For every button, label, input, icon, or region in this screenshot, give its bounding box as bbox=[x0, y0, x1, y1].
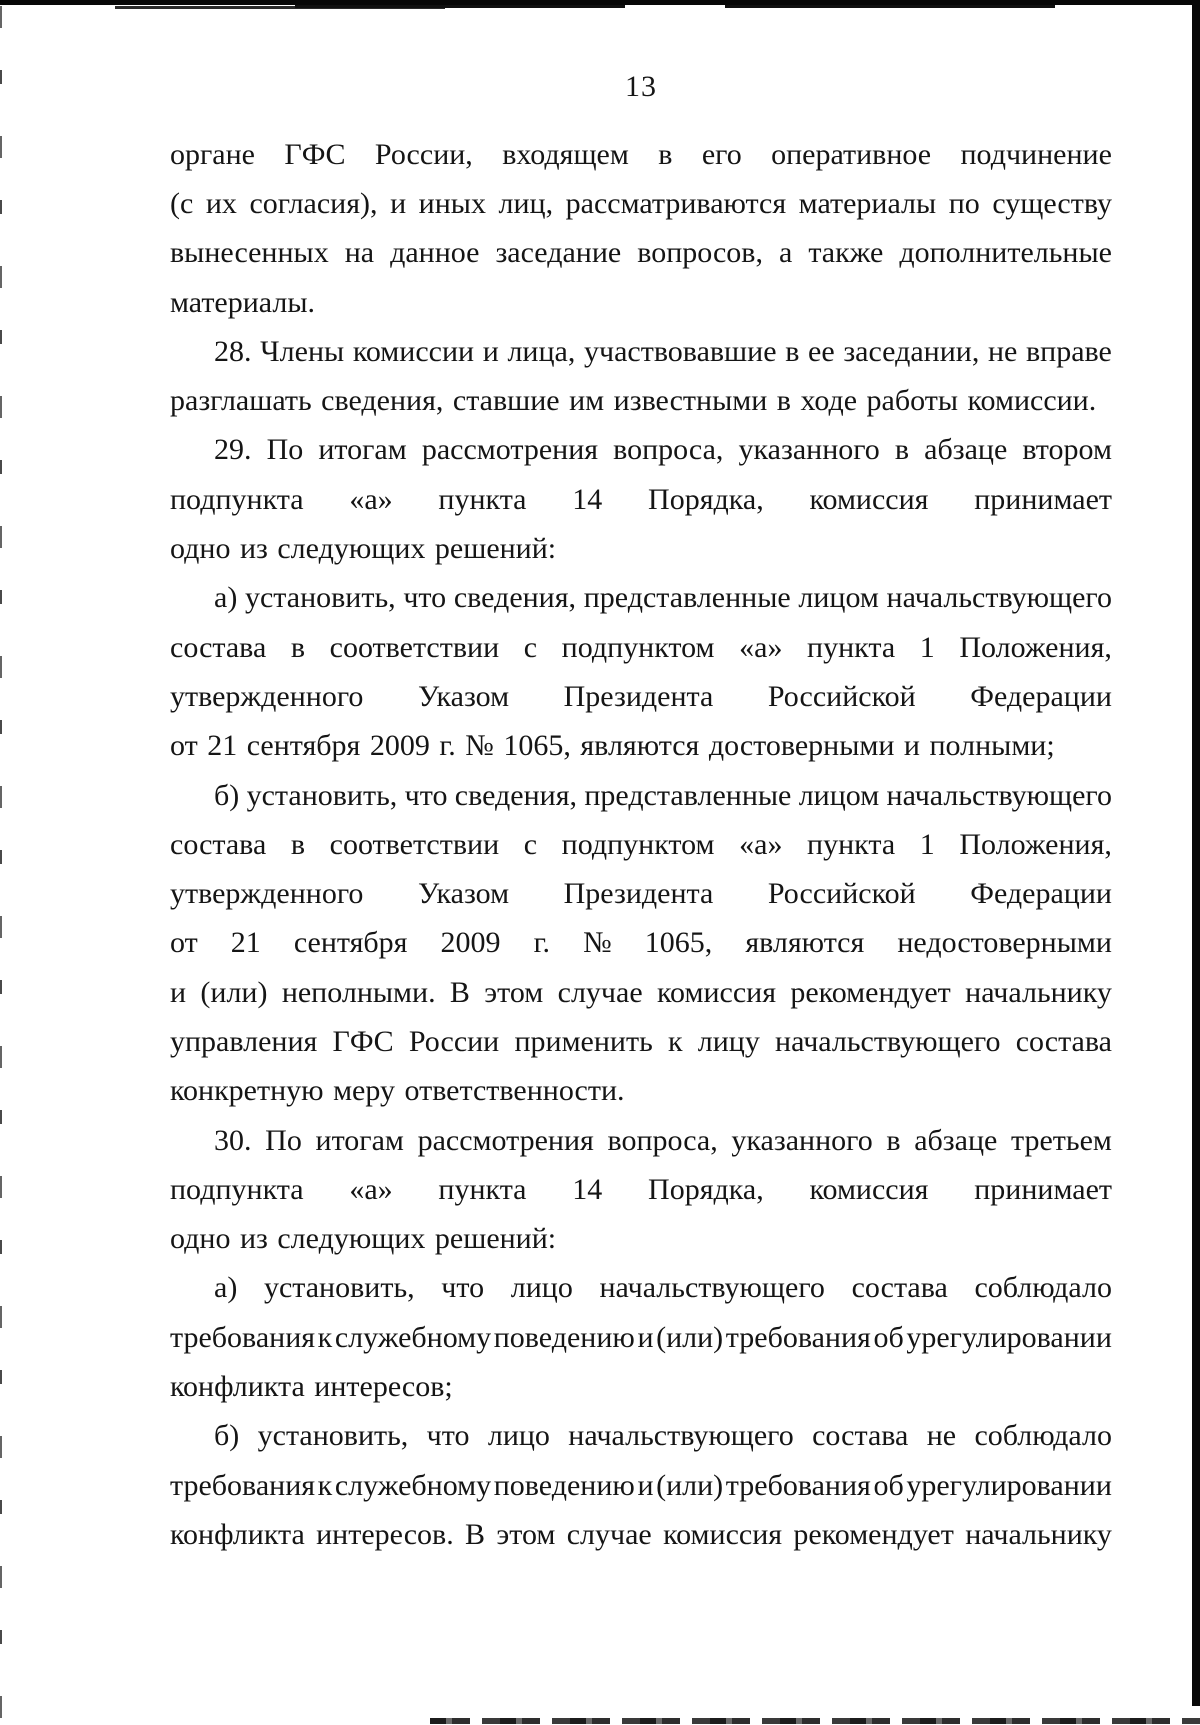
text-line: 28.Членыкомиссииилица,участвовавшиевееза… bbox=[170, 327, 1112, 376]
text-line: б)установить,чтолицоначальствующегососта… bbox=[170, 1412, 1112, 1461]
text-line: и(или)неполными.Вэтомслучаекомиссияреком… bbox=[170, 968, 1112, 1017]
text-line: от21сентября2009г.№1065,являютсянедостов… bbox=[170, 919, 1112, 968]
text-line: управленияГФСРоссииприменитьклицуначальс… bbox=[170, 1017, 1112, 1066]
scan-artifact-bottom-edge bbox=[430, 1718, 1200, 1724]
text-line: вынесенныхнаданноезаседаниевопросов,атак… bbox=[170, 229, 1112, 278]
text-line: утвержденногоУказомПрезидентаРоссийскойФ… bbox=[170, 869, 1112, 918]
text-line: а)установить,чтолицоначальствующегососта… bbox=[170, 1264, 1112, 1313]
text-line: состававсоответствиисподпунктом«а»пункта… bbox=[170, 623, 1112, 672]
text-line: подпункта«а»пункта14Порядка,комиссияприн… bbox=[170, 475, 1112, 524]
text-line: органеГФСРоссии,входящемвегооперативноеп… bbox=[170, 130, 1112, 179]
text-line: утвержденногоУказомПрезидентаРоссийскойФ… bbox=[170, 672, 1112, 721]
text-line: а)установить,чтосведения,представленныел… bbox=[170, 574, 1112, 623]
text-line: материалы. bbox=[170, 278, 1112, 327]
scan-artifact-right-edge bbox=[1192, 0, 1200, 1706]
text-line: конфликтаинтересов.Вэтомслучаекомиссияре… bbox=[170, 1510, 1112, 1559]
text-line: одно из следующих решений: bbox=[170, 524, 1112, 573]
document-text-block: органеГФСРоссии,входящемвегооперативноеп… bbox=[170, 130, 1112, 1560]
text-line: требованиякслужебномуповедениюи(или)треб… bbox=[170, 1461, 1112, 1510]
text-line: б)установить,чтосведения,представленныел… bbox=[170, 771, 1112, 820]
text-line: одно из следующих решений: bbox=[170, 1215, 1112, 1264]
text-line: конкретную меру ответственности. bbox=[170, 1067, 1112, 1116]
scanned-page: 13 органеГФСРоссии,входящемвегооперативн… bbox=[0, 0, 1200, 1725]
text-line: от 21 сентября 2009 г. № 1065, являются … bbox=[170, 722, 1112, 771]
text-line: 30.Поитогамрассмотрениявопроса,указанног… bbox=[170, 1116, 1112, 1165]
text-line: состававсоответствиисподпунктом«а»пункта… bbox=[170, 820, 1112, 869]
scan-artifact-top-edge bbox=[0, 0, 1200, 5]
text-line: подпункта«а»пункта14Порядка,комиссияприн… bbox=[170, 1165, 1112, 1214]
text-line: требованиякслужебномуповедениюи(или)треб… bbox=[170, 1313, 1112, 1362]
text-line: конфликта интересов; bbox=[170, 1362, 1112, 1411]
text-line: разглашать сведения, ставшие им известны… bbox=[170, 376, 1112, 425]
scan-artifact-left-edge bbox=[0, 6, 2, 1718]
page-number: 13 bbox=[170, 72, 1112, 102]
text-line: (сихсогласия),ииныхлиц,рассматриваютсяма… bbox=[170, 179, 1112, 228]
text-line: 29.Поитогамрассмотрениявопроса,указанног… bbox=[170, 426, 1112, 475]
